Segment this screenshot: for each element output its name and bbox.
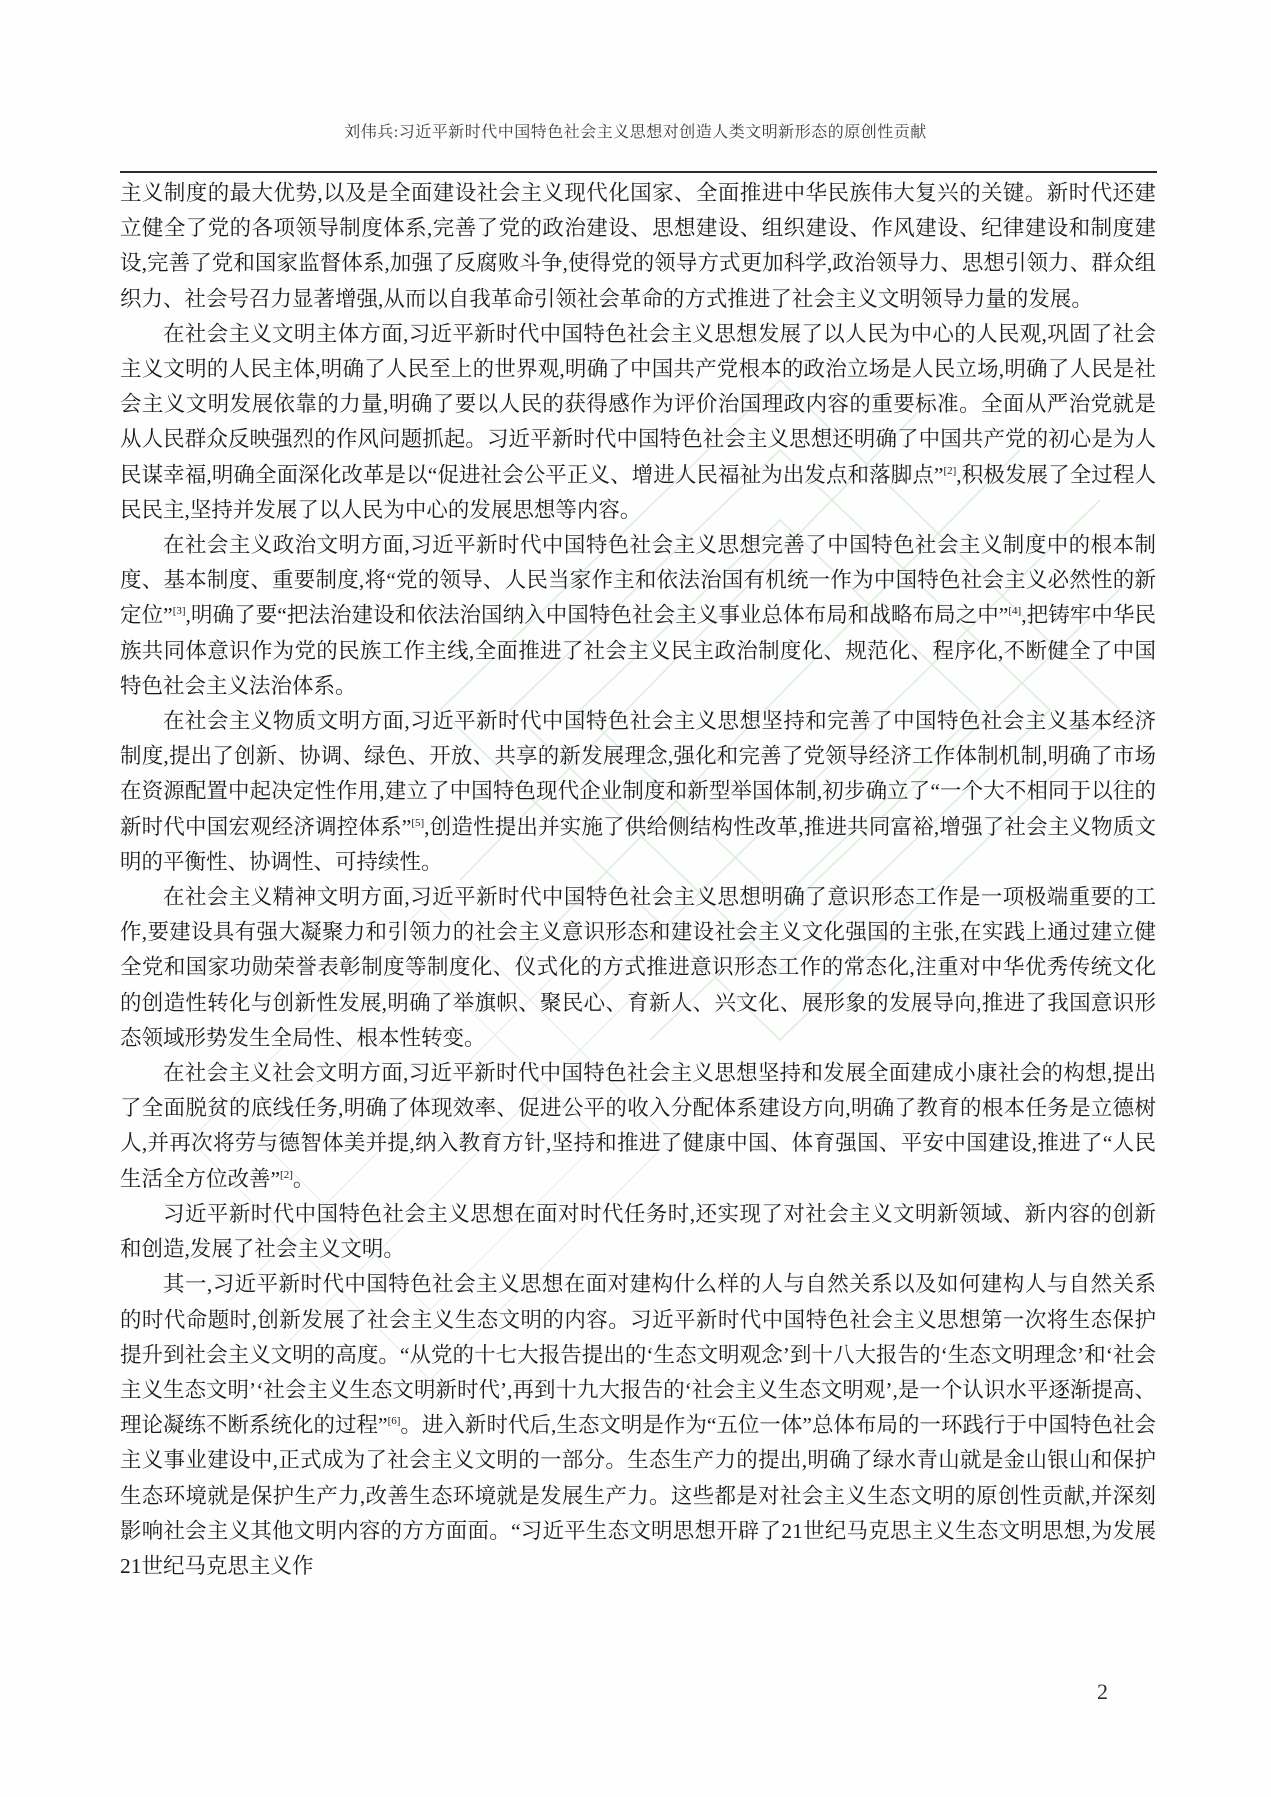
citation-marker: [6]	[388, 1415, 401, 1427]
paragraph: 在社会主义精神文明方面,习近平新时代中国特色社会主义思想明确了意识形态工作是一项…	[120, 880, 1156, 1056]
paragraph: 在社会主义物质文明方面,习近平新时代中国特色社会主义思想坚持和完善了中国特色社会…	[120, 704, 1156, 880]
paragraph: 在社会主义文明主体方面,习近平新时代中国特色社会主义思想发展了以人民为中心的人民…	[120, 317, 1156, 528]
page-number: 2	[1097, 1679, 1108, 1705]
running-head-title: 刘伟兵:习近平新时代中国特色社会主义思想对创造人类文明新形态的原创性贡献	[0, 119, 1271, 142]
article-body: 主义制度的最大优势,以及是全面建设社会主义现代化国家、全面推进中华民族伟大复兴的…	[120, 176, 1156, 1584]
citation-marker: [4]	[1008, 605, 1021, 617]
paper-page: 刘伟兵:习近平新时代中国特色社会主义思想对创造人类文明新形态的原创性贡献 主义制…	[0, 0, 1271, 1797]
paragraph: 在社会主义政治文明方面,习近平新时代中国特色社会主义思想完善了中国特色社会主义制…	[120, 528, 1156, 704]
citation-marker: [2]	[280, 1169, 293, 1181]
paragraph: 在社会主义社会文明方面,习近平新时代中国特色社会主义思想坚持和发展全面建成小康社…	[120, 1056, 1156, 1197]
citation-marker: [5]	[411, 817, 424, 829]
citation-marker: [3]	[173, 605, 186, 617]
citation-marker: [2]	[943, 464, 956, 476]
paragraph: 其一,习近平新时代中国特色社会主义思想在面对建构什么样的人与自然关系以及如何建构…	[120, 1267, 1156, 1584]
paragraph: 习近平新时代中国特色社会主义思想在面对时代任务时,还实现了对社会主义文明新领域、…	[120, 1197, 1156, 1267]
paragraph: 主义制度的最大优势,以及是全面建设社会主义现代化国家、全面推进中华民族伟大复兴的…	[120, 176, 1156, 317]
header-rule	[120, 171, 1157, 173]
